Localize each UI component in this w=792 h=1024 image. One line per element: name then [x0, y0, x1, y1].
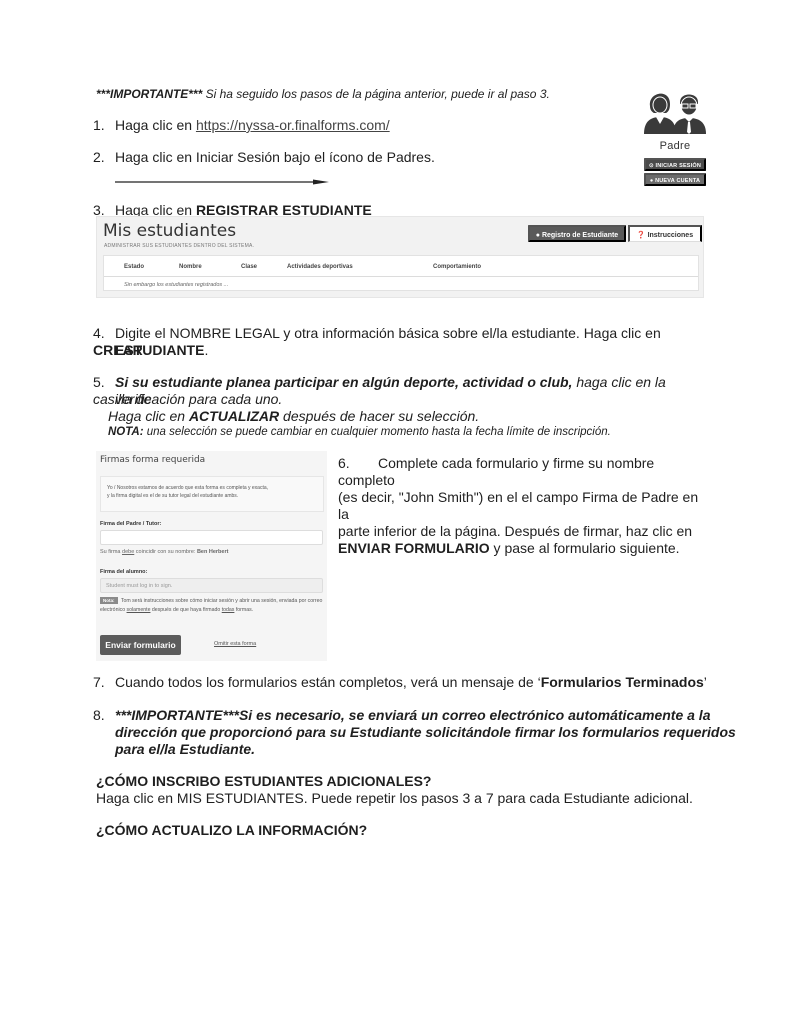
- step-8-line2: dirección que proporcionó para su Estudi…: [115, 724, 736, 741]
- empty-message: Sin embargo los estudiantes registrados …: [124, 282, 228, 288]
- step-emphasis: ESTUDIANTE: [115, 342, 204, 358]
- step-number: 7.: [93, 674, 115, 691]
- panel-title: Mis estudiantes: [103, 221, 236, 241]
- step-text: Haga clic en Iniciar Sesión bajo el ícon…: [115, 149, 435, 165]
- faq-answer-1: Haga clic en MIS ESTUDIANTES. Puede repe…: [96, 790, 693, 807]
- step-5-line2: verificación para cada uno.: [115, 391, 282, 408]
- column-header: Nombre: [179, 264, 202, 270]
- arrow-right-icon: [115, 179, 329, 185]
- students-table: Estado Nombre Clase Actividades deportiv…: [103, 255, 699, 291]
- important-notice: ***IMPORTANTE*** Si ha seguido los pasos…: [96, 86, 550, 103]
- note-label: NOTA:: [108, 426, 144, 438]
- hint-text: coincidir con su nombre:: [134, 549, 197, 555]
- column-header: Actividades deportivas: [287, 264, 353, 270]
- step-5-note: NOTA: una selección se puede cambiar en …: [108, 425, 611, 439]
- step-6: 6.Complete cada formulario y firme su no…: [338, 455, 708, 557]
- step-number: 5.: [93, 374, 115, 391]
- agreement-box: Yo / Nosotros estamos de acuerdo que est…: [100, 476, 324, 512]
- parents-icon: [642, 86, 708, 134]
- form-note: Nota: Tom será instrucciones sobre cómo …: [100, 597, 324, 615]
- student-signature-label: Firma del alumno:: [100, 569, 147, 575]
- instructions-button[interactable]: ❓ Instrucciones: [628, 225, 702, 242]
- mis-estudiantes-panel: Mis estudiantes ADMINISTRAR SUS ESTUDIAN…: [96, 216, 704, 298]
- step-text: después de hacer su selección.: [279, 408, 479, 424]
- note-text: una selección se puede cambiar en cualqu…: [144, 426, 611, 438]
- parent-signature-label: Firma del Padre / Tutor:: [100, 521, 161, 527]
- step-text: .: [204, 342, 208, 358]
- step-text: verificación para cada uno.: [115, 391, 282, 407]
- step-text: Cuando todos los formularios están compl…: [115, 674, 541, 690]
- step-5-line3: Haga clic en ACTUALIZAR después de hacer…: [108, 408, 479, 425]
- new-account-button[interactable]: ● NUEVA CUENTA: [644, 173, 706, 186]
- step-emphasis: Si su estudiante planea participar en al…: [115, 374, 572, 390]
- step-text: ***IMPORTANTE***Si es necesario, se envi…: [115, 707, 711, 723]
- faq-question-2: ¿CÓMO ACTUALIZO LA INFORMACIÓN?: [96, 822, 367, 839]
- parent-name: Ben Herbert: [197, 549, 228, 555]
- signature-hint: Su firma debe coincidir con su nombre: B…: [100, 549, 228, 555]
- step-7: 7.Cuando todos los formularios están com…: [93, 674, 707, 691]
- step-text: ’: [704, 674, 707, 690]
- step-text: (es decir, "John Smith") en el el campo …: [338, 489, 708, 523]
- hint-text: Su firma: [100, 549, 122, 555]
- parent-label: Padre: [642, 140, 708, 152]
- step-text: Digite el NOMBRE LEGAL y otra informació…: [115, 325, 661, 341]
- step-number: 4.: [93, 325, 115, 342]
- step-number: 6.: [338, 455, 378, 472]
- step-4-cont: ESTUDIANTE.: [115, 342, 208, 359]
- step-number: 8.: [93, 707, 115, 724]
- login-button[interactable]: ⊙ INICIAR SESIÓN: [644, 158, 706, 171]
- signature-form-panel: Firmas forma requerida Yo / Nosotros est…: [96, 451, 327, 661]
- step-text: y pase al formulario siguiente.: [490, 540, 680, 556]
- step-text: Haga clic en: [115, 117, 196, 133]
- step-text: dirección que proporcionó para su Estudi…: [115, 724, 736, 740]
- step-8: 8.***IMPORTANTE***Si es necesario, se en…: [93, 707, 713, 724]
- column-header: Estado: [124, 264, 144, 270]
- skip-form-link[interactable]: Omitir esta forma: [214, 641, 256, 647]
- parent-signature-input[interactable]: [100, 530, 323, 545]
- note-text: formas.: [234, 607, 253, 613]
- column-header: Comportamiento: [433, 264, 481, 270]
- step-number: 2.: [93, 149, 115, 166]
- student-signature-input: Student must log in to sign.: [100, 578, 323, 593]
- step-emphasis: ACTUALIZAR: [189, 408, 279, 424]
- finalforms-link[interactable]: https://nyssa-or.finalforms.com/: [196, 117, 390, 133]
- step-text: Complete cada formulario y firme su nomb…: [338, 455, 654, 488]
- register-student-button[interactable]: ● Registro de Estudiante: [528, 225, 626, 242]
- step-text: para el/la Estudiante.: [115, 741, 255, 757]
- step-2: 2.Haga clic en Iniciar Sesión bajo el íc…: [93, 149, 435, 166]
- important-tag: ***IMPORTANTE***: [96, 87, 202, 101]
- step-8-line3: para el/la Estudiante.: [115, 741, 255, 758]
- note-badge: Nota:: [100, 597, 118, 604]
- step-1: 1.Haga clic en https://nyssa-or.finalfor…: [93, 117, 390, 134]
- divider: [104, 276, 698, 277]
- important-text: Si ha seguido los pasos de la página ant…: [202, 87, 550, 101]
- parent-widget: Padre ⊙ INICIAR SESIÓN ● NUEVA CUENTA: [642, 86, 708, 186]
- submit-form-button[interactable]: Enviar formulario: [100, 635, 181, 655]
- step-number: 1.: [93, 117, 115, 134]
- faq-question-1: ¿CÓMO INSCRIBO ESTUDIANTES ADICIONALES?: [96, 773, 432, 790]
- step-text: Haga clic en: [108, 408, 189, 424]
- note-text: después de que haya firmado: [150, 607, 221, 613]
- step-text: parte inferior de la página. Después de …: [338, 523, 708, 540]
- panel-subtitle: ADMINISTRAR SUS ESTUDIANTES DENTRO DEL S…: [104, 243, 254, 249]
- note-text: todas: [222, 607, 235, 613]
- column-header: Clase: [241, 264, 257, 270]
- form-title: Firmas forma requerida: [100, 455, 205, 465]
- agreement-text: y la firma digital es el de su tutor leg…: [107, 492, 317, 500]
- step-emphasis: ENVIAR FORMULARIO: [338, 540, 490, 556]
- hint-text: debe: [122, 549, 134, 555]
- step-emphasis: Formularios Terminados: [541, 674, 704, 690]
- agreement-text: Yo / Nosotros estamos de acuerdo que est…: [107, 484, 317, 492]
- note-text: solamente: [127, 607, 151, 613]
